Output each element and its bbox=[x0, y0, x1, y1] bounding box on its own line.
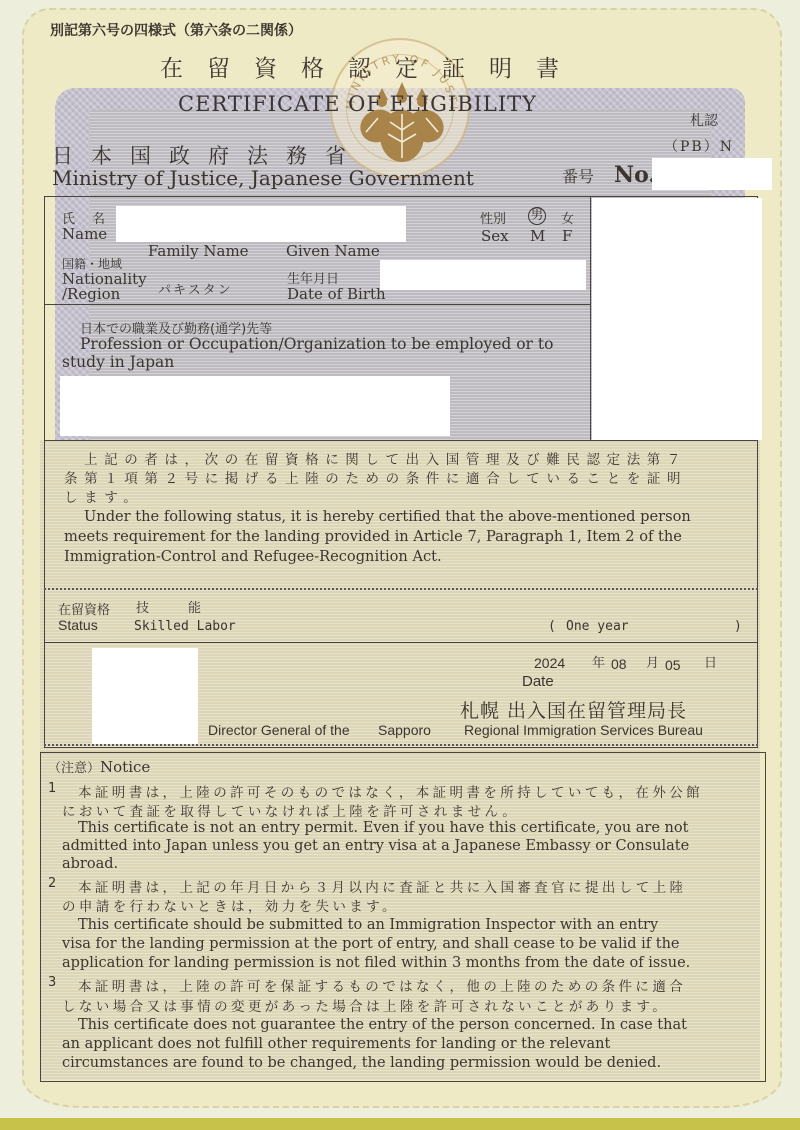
row-divider bbox=[44, 440, 758, 441]
number-label-jp: 番号 bbox=[562, 164, 594, 187]
reference-code-line2: （PB）N bbox=[664, 136, 734, 156]
occupation-label-en-1: Profession or Occupation/Organization to… bbox=[80, 335, 553, 353]
issue-month: 08 bbox=[611, 656, 627, 672]
notice-1-en-line-2: admitted into Japan unless you get an en… bbox=[62, 838, 689, 854]
notice-2-number: 2 bbox=[48, 876, 56, 891]
notice-3-jp-line-2: しない場合又は事情の変更があった場合は上陸を許可されないことがあります。 bbox=[62, 995, 669, 1015]
notice-3-en-line-3: circumstances are found to be changed, t… bbox=[62, 1055, 661, 1071]
ministry-name-en: Ministry of Justice, Japanese Government bbox=[52, 166, 474, 190]
certification-jp-line-1: 上記の者は，次の在留資格に関して出入国管理及び難民認定法第７ bbox=[84, 448, 687, 468]
certification-en-line-2: meets requirement for the landing provid… bbox=[64, 528, 682, 545]
certification-jp-line-3: します。 bbox=[64, 486, 143, 506]
date-label: Date bbox=[522, 673, 554, 690]
notice-2-jp-line-1: 本証明書は，上記の年月日から３月以内に査証と共に入国審査官に提出して上陸 bbox=[78, 876, 686, 896]
notice-3-en-line-2: an applicant does not fulfill other requ… bbox=[62, 1036, 610, 1052]
status-label-en: Status bbox=[58, 617, 98, 633]
notice-2-en-line-1: This certificate should be submitted to … bbox=[78, 917, 658, 933]
certification-jp-line-2: 条第１項第２号に掲げる上陸のための条件に適合していることを証明 bbox=[64, 467, 687, 487]
issuer-jp: 札幌 出入国在留管理局長 bbox=[460, 696, 687, 723]
notice-1-jp-line-1: 本証明書は，上陸の許可そのものではなく，本証明書を所持していても，在外公館 bbox=[78, 781, 703, 801]
region-label-en: /Region bbox=[62, 285, 120, 303]
period-close-paren: ) bbox=[734, 619, 742, 634]
issuer-en-bureau: Regional Immigration Services Bureau bbox=[464, 722, 703, 738]
notice-1-number: 1 bbox=[48, 781, 56, 796]
family-name-label: Family Name bbox=[148, 242, 249, 260]
dob-value-redacted bbox=[380, 260, 586, 290]
issue-year-unit: 年 bbox=[592, 652, 605, 671]
sex-option-male-en: M bbox=[530, 227, 545, 245]
form-reference: 別記第六号の四様式（第六条の二関係） bbox=[50, 20, 302, 40]
given-name-label: Given Name bbox=[286, 242, 380, 260]
status-value-jp: 技 能 bbox=[136, 597, 201, 616]
occupation-label-en-2: study in Japan bbox=[62, 353, 174, 371]
notice-1-en-line-3: abroad. bbox=[62, 856, 118, 872]
certification-en-line-3: Immigration-Control and Refugee-Recognit… bbox=[64, 548, 442, 565]
sex-option-female-en: F bbox=[562, 227, 572, 245]
issuer-en-city: Sapporo bbox=[378, 722, 431, 738]
notice-2-en-line-3: application for landing permission is no… bbox=[62, 955, 690, 971]
reference-code-line1: 札認 bbox=[690, 110, 718, 130]
row-divider bbox=[44, 304, 590, 305]
sex-label-en: Sex bbox=[481, 227, 509, 245]
sex-option-male: 男 bbox=[528, 207, 546, 225]
occupation-value-redacted bbox=[60, 376, 450, 436]
issuer-en-prefix: Director General of the bbox=[208, 722, 350, 738]
photo-divider bbox=[590, 196, 591, 440]
name-label-en: Name bbox=[62, 225, 107, 243]
notice-3-jp-line-1: 本証明書は，上陸の許可を保証するものではなく，他の上陸のための条件に適合 bbox=[78, 975, 686, 995]
status-label-jp: 在留資格 bbox=[58, 599, 110, 618]
document-title-en: CERTIFICATE OF ELIGIBILITY bbox=[178, 92, 537, 116]
notice-1-en-line-1: This certificate is not an entry permit.… bbox=[78, 820, 688, 836]
issue-day-unit: 日 bbox=[704, 652, 717, 671]
dotted-divider bbox=[44, 744, 758, 746]
notice-2-en-line-2: visa for the landing permission at the p… bbox=[62, 936, 680, 952]
period-open-paren: ( bbox=[548, 619, 556, 634]
notice-2-jp-line-2: の申請を行わないときは，効力を失います。 bbox=[62, 895, 399, 915]
document-title-jp: 在留資格認定証明書 bbox=[160, 50, 583, 83]
certification-en-line-1: Under the following status, it is hereby… bbox=[84, 508, 691, 525]
official-stamp-redacted bbox=[92, 648, 198, 744]
certificate-number-redacted bbox=[652, 158, 772, 190]
notice-3-en-line-1: This certificate does not guarantee the … bbox=[78, 1017, 687, 1033]
sex-label-jp: 性別 bbox=[480, 208, 506, 227]
name-value-redacted bbox=[116, 206, 406, 242]
row-divider bbox=[44, 642, 758, 643]
notice-heading: （注意）Notice bbox=[48, 757, 150, 776]
dotted-divider bbox=[44, 588, 758, 590]
sex-option-female: 女 bbox=[561, 208, 574, 227]
notice-3-number: 3 bbox=[48, 975, 56, 990]
nationality-value: パキスタン bbox=[158, 279, 233, 298]
photo-redacted bbox=[592, 198, 762, 440]
dob-label-en: Date of Birth bbox=[287, 285, 386, 303]
issue-day: 05 bbox=[665, 657, 681, 673]
number-label-en: No. bbox=[614, 162, 656, 188]
issue-year: 2024 bbox=[534, 655, 565, 671]
issue-month-unit: 月 bbox=[646, 652, 659, 671]
notice-1-jp-line-2: において査証を取得していなければ上陸を許可されません。 bbox=[62, 800, 519, 820]
period-of-stay: One year bbox=[566, 619, 629, 634]
status-value-en: Skilled Labor bbox=[134, 619, 236, 634]
